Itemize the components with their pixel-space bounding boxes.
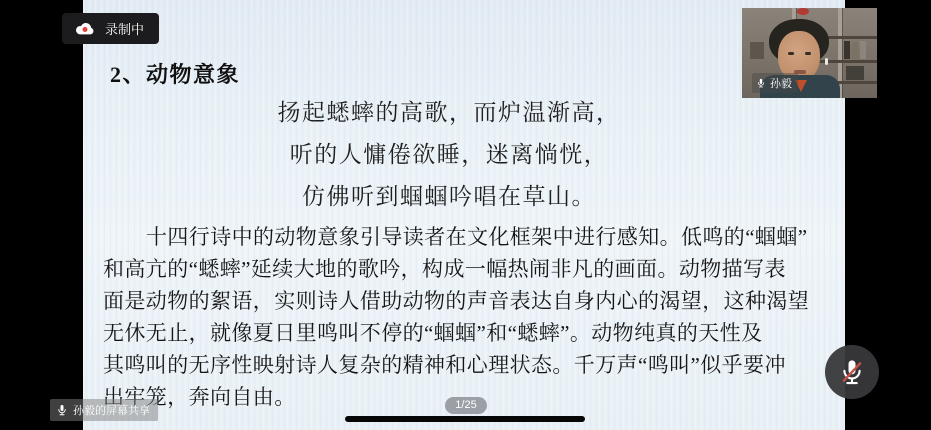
mic-muted-icon — [838, 357, 866, 387]
shelf-object — [846, 66, 864, 80]
poem-line: 听的人慵倦欲睡，迷离惝恍， — [83, 134, 815, 176]
recording-label: 录制中 — [105, 19, 144, 38]
recording-badge[interactable]: 录制中 — [62, 13, 159, 44]
paragraph-block: 十四行诗中的动物意象引导读者在文化框架中进行感知。低鸣的“蝈蝈” 和高亢的“蟋蟀… — [103, 221, 845, 413]
scrollbar-thumb[interactable] — [345, 416, 585, 422]
meeting-window: 2、动物意象 扬起蟋蟀的高歌，而炉温渐高， 听的人慵倦欲睡，迷离惝恍， 仿佛听到… — [0, 0, 931, 430]
participant-video[interactable]: 孙毅 — [742, 8, 877, 98]
poem-line: 扬起蟋蟀的高歌，而炉温渐高， — [83, 92, 815, 134]
participant-name: 孙毅 — [770, 75, 792, 91]
letterbox-left — [0, 0, 83, 430]
participant-name-badge: 孙毅 — [752, 73, 798, 93]
paragraph-line: 无休无止，就像夏日里鸣叫不停的“蝈蝈”和“蟋蟀”。动物纯真的天性及 — [103, 317, 845, 349]
mute-button[interactable] — [825, 345, 879, 399]
record-cloud-icon — [74, 21, 96, 36]
shelf-object — [797, 8, 809, 15]
book — [750, 42, 764, 59]
paragraph-line: 和高亢的“蟋蟀”延续大地的歌吟，构成一幅热闹非凡的画面。动物描写表 — [103, 253, 845, 285]
paragraph-line: 十四行诗中的动物意象引导读者在文化框架中进行感知。低鸣的“蝈蝈” — [103, 221, 845, 253]
book — [844, 41, 850, 59]
poem-block: 扬起蟋蟀的高歌，而炉温渐高， 听的人慵倦欲睡，迷离惝恍， 仿佛听到蝈蝈吟唱在草山… — [83, 92, 815, 218]
paragraph-line: 其鸣叫的无序性映射诗人复杂的精神和心理状态。千万声“鸣叫”似乎要冲 — [103, 349, 845, 381]
book — [860, 41, 866, 59]
shared-slide-canvas: 2、动物意象 扬起蟋蟀的高歌，而炉温渐高， 听的人慵倦欲睡，迷离惝恍， 仿佛听到… — [83, 0, 845, 430]
person-eye — [805, 52, 811, 55]
page-indicator-badge: 1/25 — [445, 397, 487, 414]
earbud — [825, 58, 828, 65]
mic-icon — [56, 403, 68, 417]
poem-line: 仿佛听到蝈蝈吟唱在草山。 — [83, 176, 815, 218]
mic-icon — [756, 77, 766, 89]
screen-share-label: 孙毅的屏幕共享 — [73, 402, 150, 418]
slide-title: 2、动物意象 — [110, 58, 240, 89]
person-eye — [788, 52, 794, 55]
screen-share-badge: 孙毅的屏幕共享 — [50, 399, 158, 421]
book — [852, 42, 858, 59]
paragraph-line: 面是动物的絮语，实则诗人借助动物的声音表达自身内心的渴望，这种渴望 — [103, 285, 845, 317]
